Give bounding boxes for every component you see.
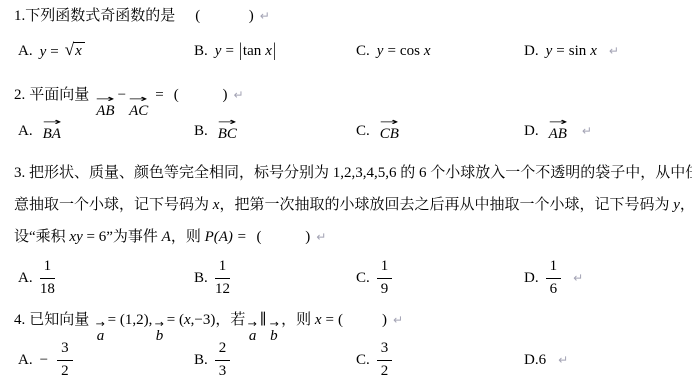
vector-AB: →AB: [96, 96, 114, 120]
sqrt-expression: √x: [65, 42, 85, 60]
option-letter: A.: [18, 270, 33, 287]
question-1-options: A. y=√x B. y=|tanx| C. y=cosx D. y=sinx …: [6, 39, 686, 63]
vector-base: CB: [380, 127, 399, 143]
text: 3. 把形状、质量、颜色等完全相同，标号分别为: [14, 165, 329, 181]
option-1-b: B. y=|tanx|: [194, 43, 356, 60]
option-letter: D.: [524, 352, 539, 368]
question-2-stem: 2.平面向量→AB−→AC=( )↵: [6, 81, 686, 109]
text: ，: [680, 197, 692, 213]
option-4-c: C. 32: [356, 340, 524, 380]
vector-arrow-icon: →: [42, 119, 61, 127]
text: ，把第一次抽取的小球放回去之后再从中抽取一个小球，记下号码为: [219, 197, 669, 213]
var-y: y: [673, 197, 680, 213]
var-x: x: [424, 43, 431, 59]
sqrt-icon: √: [65, 41, 74, 58]
vector-arrow-icon: →: [129, 96, 148, 104]
option-letter: B.: [194, 123, 208, 140]
fraction-1-9: 19: [377, 258, 393, 298]
fraction-3-2: 32: [377, 340, 393, 380]
vector-AB: →AB: [549, 119, 567, 143]
question-3-options: A. 118 B. 112 C. 19 D. 16 ↵: [6, 255, 686, 301]
vector-CB: →CB: [380, 119, 399, 143]
answer-blank-2: ( ): [174, 87, 229, 103]
vector-arrow-icon: →: [548, 119, 567, 127]
answer-blank-3: ( ): [257, 229, 312, 245]
denominator: 2: [61, 361, 69, 380]
probability-expression: P(A) =: [205, 229, 247, 245]
paragraph-return-icon: ↵: [558, 353, 568, 367]
option-1-a-formula: y=√x: [40, 42, 85, 61]
answer-blank-4: ( ): [338, 312, 388, 328]
vector-base: AB: [549, 127, 567, 143]
text: ，则: [171, 229, 201, 245]
a-components: = (1,2),: [108, 312, 153, 328]
option-1-b-formula: y=|tanx|: [215, 43, 277, 60]
event-A: A: [162, 229, 171, 245]
paragraph-return-icon: ↵: [260, 9, 270, 23]
denominator: 3: [219, 361, 227, 380]
exam-document-page: 1.下列函数式奇函数的是( )↵ A. y=√x B. y=|tanx| C. …: [0, 0, 692, 383]
option-d-value: D.6: [524, 352, 546, 369]
equals-sign: =: [387, 43, 395, 59]
var-x: x: [590, 43, 597, 59]
vector-arrow-icon: →: [96, 96, 115, 104]
numerator: 1: [377, 258, 393, 278]
text: ，若: [215, 312, 245, 328]
denominator: 6: [550, 279, 558, 298]
option-2-b: B. →BC: [194, 119, 356, 143]
question-4-number: 4.: [14, 312, 25, 328]
option-4-b: B. 23: [194, 340, 356, 380]
fraction-2-3: 23: [215, 340, 231, 380]
question-3-line-2: 意抽取一个小球，记下号码为 x，把第一次抽取的小球放回去之后再从中抽取一个小球，…: [6, 189, 686, 221]
question-4-options: A. −32 B. 23 C. 32 D.6 ↵: [6, 337, 686, 383]
count-six: 6: [419, 165, 427, 181]
option-letter: A.: [18, 123, 33, 140]
question-2-options: A. →BA B. →BC C. →CB D. →AB ↵: [6, 117, 686, 145]
equals-sign: =: [225, 43, 233, 59]
paragraph-return-icon: ↵: [609, 44, 619, 58]
option-1-d-formula: y=sinx: [546, 43, 597, 60]
numerator: 2: [215, 340, 231, 360]
vector-arrow-icon: →: [218, 119, 237, 127]
question-4-stem: 4.已知向量→a= (1,2),→b= (x,−3)，若→a∥→b，则 x=( …: [6, 305, 686, 335]
var-y: y: [546, 43, 553, 59]
option-1-d: D. y=sinx ↵: [524, 43, 686, 60]
option-letter: B.: [194, 352, 208, 369]
numerator: 1: [40, 258, 56, 278]
option-2-c: C. →CB: [356, 119, 524, 143]
option-letter: C.: [356, 270, 370, 287]
question-2-number: 2.: [14, 87, 25, 103]
text: 设“乘积: [14, 229, 66, 245]
paragraph-return-icon: ↵: [233, 88, 243, 102]
fn-tan: tan: [243, 43, 261, 59]
denominator: 18: [40, 279, 55, 298]
denominator: 12: [215, 279, 230, 298]
text: ，则: [281, 312, 311, 328]
var-y: y: [40, 44, 47, 60]
vector-AC: →AC: [129, 96, 148, 120]
option-3-d: D. 16 ↵: [524, 258, 686, 298]
option-letter: C.: [356, 123, 370, 140]
option-1-a: A. y=√x: [18, 42, 194, 61]
numerator: 3: [377, 340, 393, 360]
option-4-d: D.6 ↵: [524, 352, 686, 369]
option-letter: C.: [356, 352, 370, 369]
question-1-text: 1.下列函数式奇函数的是: [14, 8, 175, 24]
fn-cos: cos: [400, 43, 420, 59]
var-xy: xy: [69, 229, 82, 245]
paragraph-return-icon: ↵: [393, 313, 403, 327]
var-y: y: [215, 43, 222, 59]
parallel-icon: ∥: [260, 312, 267, 328]
paragraph-return-icon: ↵: [316, 230, 326, 244]
var-x: x: [315, 312, 322, 328]
option-1-c: C. y=cosx: [356, 43, 524, 60]
vector-base: BA: [43, 127, 61, 143]
minus-sign: −: [118, 87, 126, 103]
question-2-text: 平面向量: [29, 87, 89, 103]
fraction-3-2: 32: [57, 340, 73, 380]
question-3-line-3: 设“乘积 xy = 6”为事件 A，则 P(A) = ( )↵: [6, 221, 686, 253]
text: 意抽取一个小球，记下号码为: [14, 197, 209, 213]
numerator: 1: [215, 258, 231, 278]
paragraph-return-icon: ↵: [573, 271, 583, 285]
denominator: 2: [381, 361, 389, 380]
fraction-1-12: 112: [215, 258, 231, 298]
option-1-c-formula: y=cosx: [377, 43, 431, 60]
equals-sign: =: [50, 44, 58, 60]
option-3-a: A. 118: [18, 258, 194, 298]
vector-arrow-icon: →: [380, 119, 399, 127]
equals-six: = 6: [87, 229, 107, 245]
b-components-close: ,−3): [191, 312, 216, 328]
equals-sign: =: [326, 312, 334, 328]
vector-base: BC: [218, 127, 237, 143]
abs-bar-icon: |: [239, 40, 242, 61]
fraction-1-6: 16: [546, 258, 562, 298]
vector-BA: →BA: [43, 119, 61, 143]
answer-blank-1: ( ): [195, 8, 255, 24]
question-1-stem: 1.下列函数式奇函数的是( )↵: [6, 5, 686, 27]
minus-sign: −: [40, 352, 48, 369]
question-4-text: 已知向量: [29, 312, 89, 328]
text: ”为事件: [106, 229, 158, 245]
option-3-c: C. 19: [356, 258, 524, 298]
option-letter: B.: [194, 270, 208, 287]
option-letter: C.: [356, 43, 370, 60]
var-y: y: [377, 43, 384, 59]
vector-arrow-icon: →: [96, 321, 105, 329]
equals-sign: =: [155, 87, 163, 103]
option-letter: B.: [194, 43, 208, 60]
denominator: 9: [381, 279, 389, 298]
option-letter: D.: [524, 123, 539, 140]
abs-bar-icon: |: [273, 40, 276, 61]
option-4-a: A. −32: [18, 340, 194, 380]
numerator: 1: [546, 258, 562, 278]
vector-arrow-icon: →: [248, 321, 257, 329]
option-letter: D.: [524, 43, 539, 60]
fraction-1-18: 118: [40, 258, 56, 298]
b-components-open: = (: [167, 312, 184, 328]
vector-BC: →BC: [218, 119, 237, 143]
var-x: x: [265, 43, 272, 59]
radicand: x: [73, 42, 85, 60]
value-six: 6: [539, 352, 547, 368]
equals-sign: =: [556, 43, 564, 59]
question-3-line-1: 3. 把形状、质量、颜色等完全相同，标号分别为 1,2,3,4,5,6 的 6 …: [6, 157, 686, 189]
vector-base: AB: [96, 104, 114, 120]
option-letter: A.: [18, 43, 33, 60]
option-2-a: A. →BA: [18, 119, 194, 143]
option-2-d: D. →AB ↵: [524, 119, 686, 143]
option-letter: D.: [524, 270, 539, 287]
vector-base: AC: [129, 104, 148, 120]
var-x: x: [184, 312, 191, 328]
fn-sin: sin: [569, 43, 587, 59]
option-3-b: B. 112: [194, 258, 356, 298]
paragraph-return-icon: ↵: [582, 124, 592, 138]
vector-arrow-icon: →: [155, 321, 164, 329]
text: 个小球放入一个不透明的袋子中，从中任: [430, 165, 692, 181]
question-3-stem: 3. 把形状、质量、颜色等完全相同，标号分别为 1,2,3,4,5,6 的 6 …: [6, 157, 686, 253]
numerator: 3: [57, 340, 73, 360]
text: 的: [400, 165, 415, 181]
option-letter: A.: [18, 352, 33, 369]
vector-arrow-icon: →: [269, 321, 278, 329]
ball-numbers: 1,2,3,4,5,6: [333, 165, 397, 181]
